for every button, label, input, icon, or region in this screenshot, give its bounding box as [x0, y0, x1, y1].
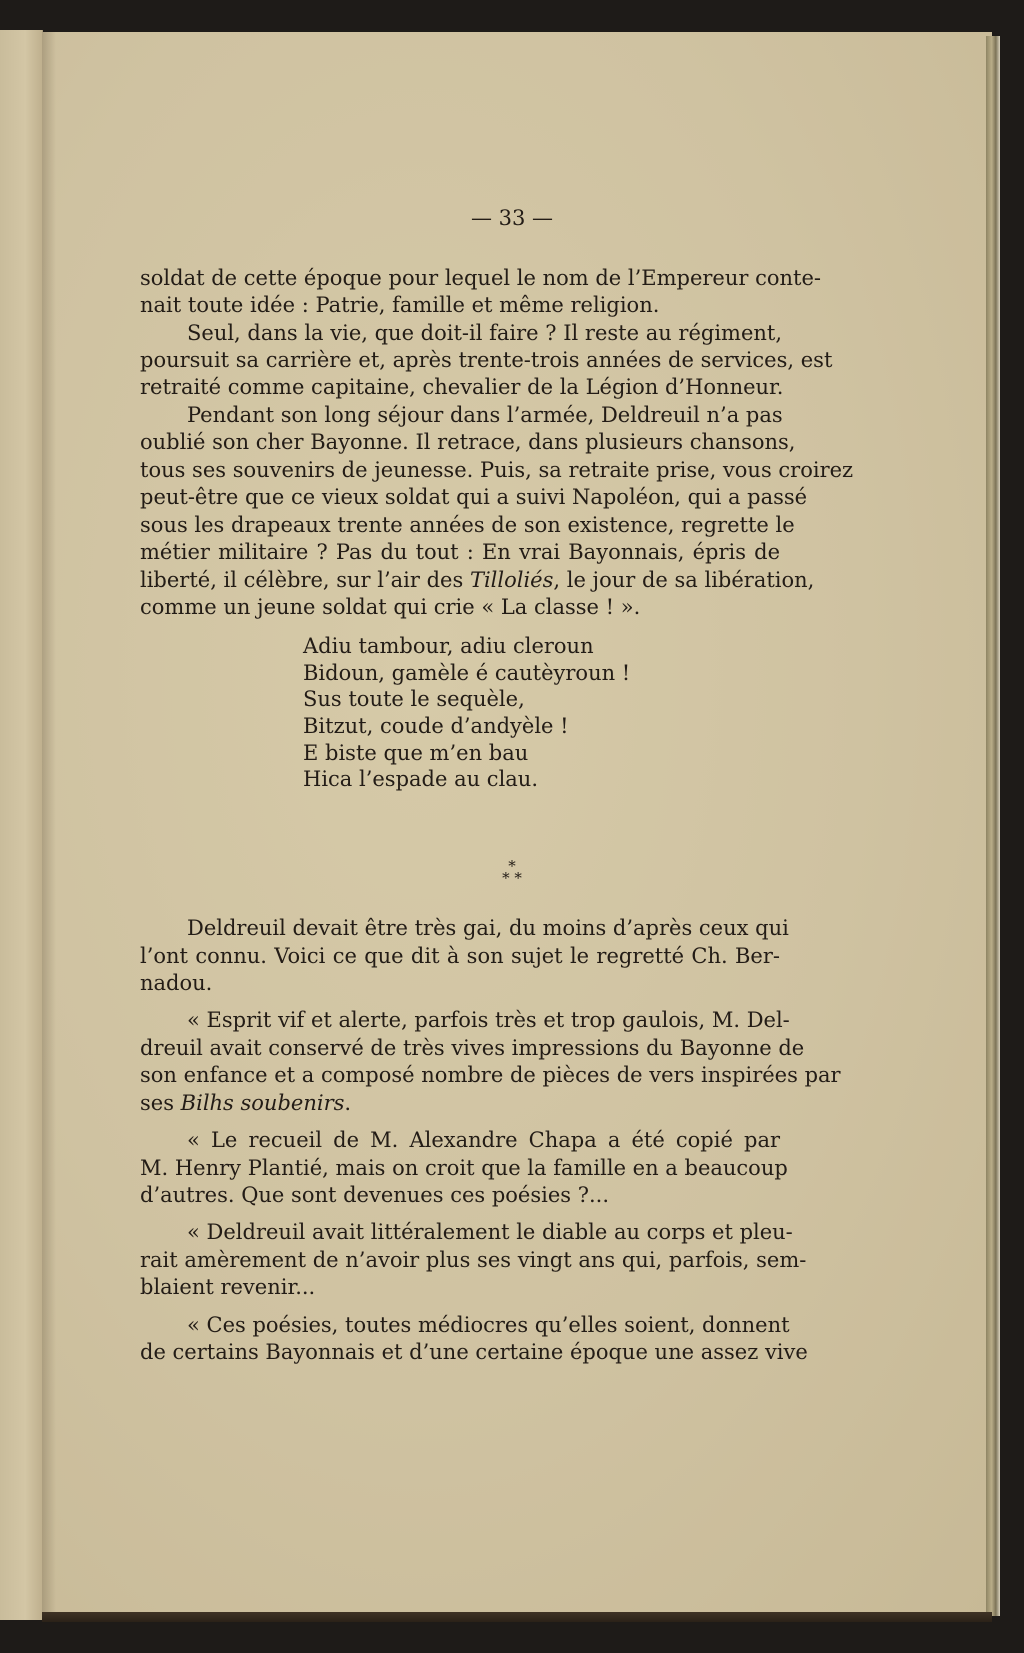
- text-line: d’autres. Que sont devenues ces poésies …: [140, 1182, 780, 1208]
- text-line: nait toute idée : Patrie, famille et mêm…: [140, 292, 780, 318]
- text-line: comme un jeune soldat qui crie « La clas…: [140, 594, 780, 620]
- verse-line: Bidoun, gamèle é cautèyroun !: [303, 660, 630, 686]
- text-line: de certains Bayonnais et d’une certaine …: [140, 1339, 780, 1365]
- text-line: métier militaire ? Pas du tout : En vrai…: [140, 539, 780, 565]
- verse-line: Bitzut, coude d’andyèle !: [303, 713, 569, 739]
- text-line: oublié son cher Bayonne. Il retrace, dan…: [140, 429, 780, 455]
- italic-title-tilloliés: Tilloliés: [470, 568, 553, 592]
- asterism-separator-bottom: * *: [0, 872, 1024, 884]
- text-segment: liberté, il célèbre, sur l’air des: [140, 568, 470, 592]
- scanned-book-page: — 33 — soldat de cette époque pour leque…: [0, 0, 1024, 1653]
- text-line: blaient revenir...: [140, 1274, 780, 1300]
- text-segment: ses: [140, 1091, 181, 1115]
- text-line: son enfance et a composé nombre de pièce…: [140, 1062, 780, 1088]
- text-line: Deldreuil devait être très gai, du moins…: [187, 915, 780, 941]
- text-line-with-italic: ses Bilhs soubenirs.: [140, 1090, 780, 1116]
- text-line: rait amèrement de n’avoir plus ses vingt…: [140, 1247, 780, 1273]
- text-line: « Ces poésies, toutes médiocres qu’elles…: [187, 1312, 780, 1338]
- text-line: peut-être que ce vieux soldat qui a suiv…: [140, 484, 780, 510]
- text-segment: .: [344, 1091, 351, 1115]
- text-line: dreuil avait conservé de très vives impr…: [140, 1035, 780, 1061]
- page-number: — 33 —: [0, 205, 1024, 231]
- text-line: Seul, dans la vie, que doit-il faire ? I…: [187, 320, 780, 346]
- verse-line: Hica l’espade au clau.: [303, 766, 538, 792]
- text-line: l’ont connu. Voici ce que dit à son suje…: [140, 943, 780, 969]
- italic-title-bilhs-soubenirs: Bilhs soubenirs: [181, 1091, 345, 1115]
- text-line: retraité comme capitaine, chevalier de l…: [140, 374, 780, 400]
- text-line: tous ses souvenirs de jeunesse. Puis, sa…: [140, 457, 780, 483]
- text-line: sous les drapeaux trente années de son e…: [140, 512, 780, 538]
- page-text: — 33 — soldat de cette époque pour leque…: [0, 0, 1024, 1653]
- text-line: Pendant son long séjour dans l’armée, De…: [187, 402, 780, 428]
- text-line: nadou.: [140, 970, 780, 996]
- text-line: « Deldreuil avait littéralement le diabl…: [187, 1219, 780, 1245]
- verse-line: Sus toute le sequèle,: [303, 686, 525, 712]
- text-line: soldat de cette époque pour lequel le no…: [140, 265, 780, 291]
- verse-line: E biste que m’en bau: [303, 740, 528, 766]
- verse-line: Adiu tambour, adiu cleroun: [303, 633, 594, 659]
- text-line: M. Henry Plantié, mais on croit que la f…: [140, 1155, 780, 1181]
- text-line: « Le recueil de M. Alexandre Chapa a été…: [187, 1127, 780, 1153]
- text-line-with-italic: liberté, il célèbre, sur l’air des Tillo…: [140, 567, 780, 593]
- text-line: « Esprit vif et alerte, parfois très et …: [187, 1007, 780, 1033]
- text-line: poursuit sa carrière et, après trente-tr…: [140, 347, 780, 373]
- text-segment: , le jour de sa libération,: [553, 568, 814, 592]
